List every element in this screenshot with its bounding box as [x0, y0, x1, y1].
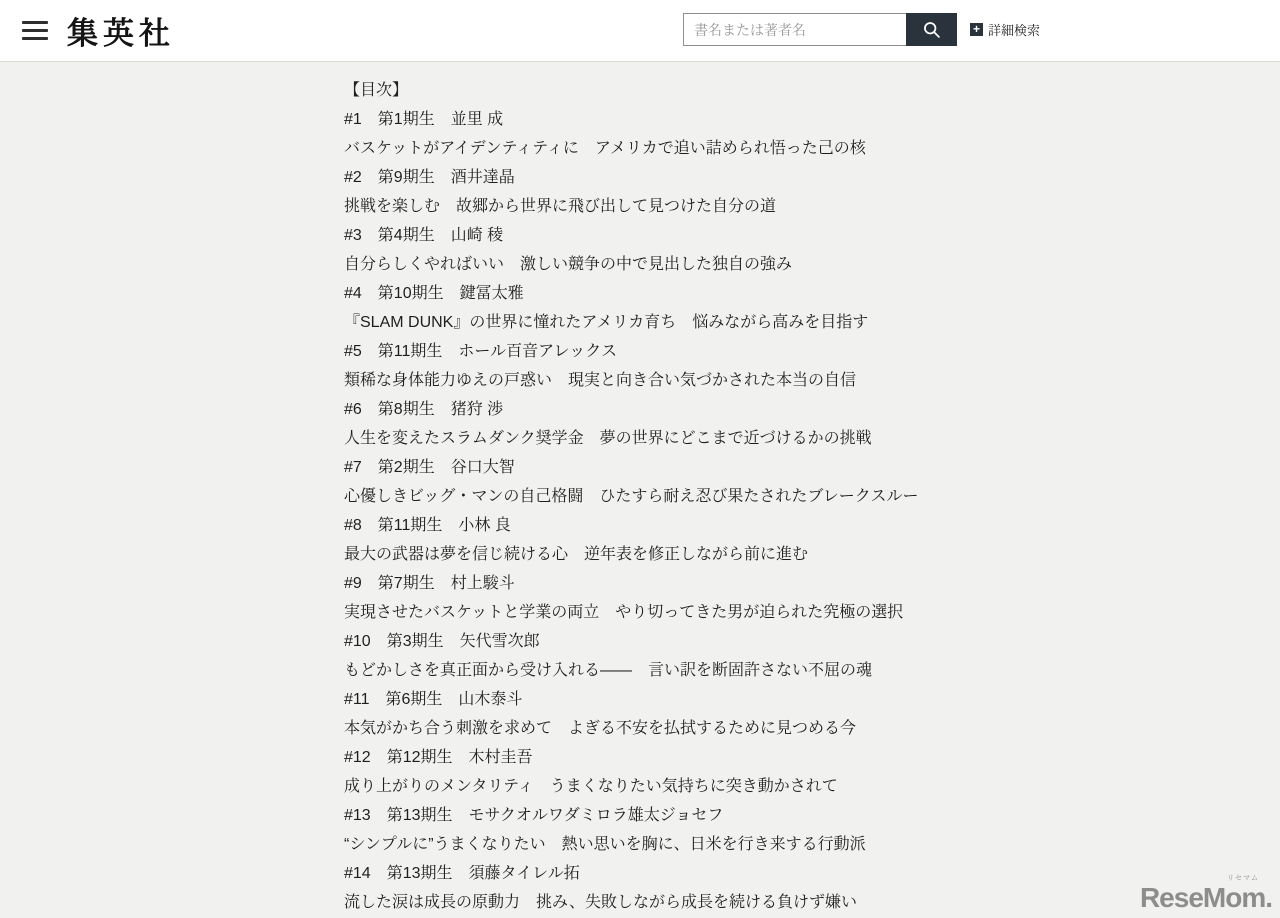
toc-entry-heading: #5 第11期生 ホール百音アレックス: [344, 337, 1280, 366]
toc-entry-description: 実現させたバスケットと学業の両立 やり切ってきた男が迫られた究極の選択: [344, 598, 1280, 627]
toc-entry-description: 心優しきビッグ・マンの自己格闘 ひたすら耐え忍び果たされたブレークスルー: [344, 482, 1280, 511]
toc-entry-description: 本気がかち合う刺激を求めて よぎる不安を払拭するために見つめる今: [344, 714, 1280, 743]
toc-entry: #9 第7期生 村上駿斗 実現させたバスケットと学業の両立 やり切ってきた男が迫…: [344, 569, 1280, 627]
search-group: + 詳細検索: [683, 13, 1040, 46]
toc-entry-heading: #7 第2期生 谷口大智: [344, 453, 1280, 482]
toc-entry: #1 第1期生 並里 成 バスケットがアイデンティティに アメリカで追い詰められ…: [344, 105, 1280, 163]
toc-entry-heading: #12 第12期生 木村圭吾: [344, 743, 1280, 772]
toc-entry-heading: #6 第8期生 猪狩 渉: [344, 395, 1280, 424]
toc-entry: #12 第12期生 木村圭吾 成り上がりのメンタリティ うまくなりたい気持ちに突…: [344, 743, 1280, 801]
toc-list: #1 第1期生 並里 成 バスケットがアイデンティティに アメリカで追い詰められ…: [344, 105, 1280, 917]
toc-entry: #6 第8期生 猪狩 渉 人生を変えたスラムダンク奨学金 夢の世界にどこまで近づ…: [344, 395, 1280, 453]
toc-entry-heading: #3 第4期生 山崎 稜: [344, 221, 1280, 250]
toc-entry: #8 第11期生 小林 良 最大の武器は夢を信じ続ける心 逆年表を修正しながら前…: [344, 511, 1280, 569]
toc-entry-description: 自分らしくやればいい 激しい競争の中で見出した独自の強み: [344, 250, 1280, 279]
toc-entry: #2 第9期生 酒井達晶 挑戦を楽しむ 故郷から世界に飛び出して見つけた自分の道: [344, 163, 1280, 221]
search-input[interactable]: [683, 13, 906, 46]
toc-entry-heading: #8 第11期生 小林 良: [344, 511, 1280, 540]
hamburger-icon: [22, 21, 48, 24]
main-content: 【目次】 #1 第1期生 並里 成 バスケットがアイデンティティに アメリカで追…: [0, 62, 1280, 918]
magnifier-icon: [921, 19, 942, 40]
toc-entry-description: 最大の武器は夢を信じ続ける心 逆年表を修正しながら前に進む: [344, 540, 1280, 569]
toc-entry-description: 成り上がりのメンタリティ うまくなりたい気持ちに突き動かされて: [344, 772, 1280, 801]
toc-entry-description: 人生を変えたスラムダンク奨学金 夢の世界にどこまで近づけるかの挑戦: [344, 424, 1280, 453]
toc-entry: #5 第11期生 ホール百音アレックス 類稀な身体能力ゆえの戸惑い 現実と向き合…: [344, 337, 1280, 395]
header: 集英社 + 詳細検索: [0, 0, 1280, 62]
plus-icon: +: [970, 23, 983, 36]
menu-button[interactable]: [22, 21, 48, 40]
resemom-ruby-label: リセマム: [1227, 873, 1259, 883]
toc-entry-heading: #11 第6期生 山木泰斗: [344, 685, 1280, 714]
toc-entry: #11 第6期生 山木泰斗 本気がかち合う刺激を求めて よぎる不安を払拭するため…: [344, 685, 1280, 743]
toc-entry: #4 第10期生 鍵冨太雅 『SLAM DUNK』の世界に憧れたアメリカ育ち 悩…: [344, 279, 1280, 337]
toc-entry-heading: #10 第3期生 矢代雪次郎: [344, 627, 1280, 656]
toc-entry-description: 挑戦を楽しむ 故郷から世界に飛び出して見つけた自分の道: [344, 192, 1280, 221]
toc-entry: #10 第3期生 矢代雪次郎 もどかしさを真正面から受け入れる―― 言い訳を断固…: [344, 627, 1280, 685]
toc-entry-heading: #13 第13期生 モサクオルワダミロラ雄太ジョセフ: [344, 801, 1280, 830]
hamburger-icon: [22, 37, 48, 40]
advanced-search-link[interactable]: + 詳細検索: [970, 20, 1040, 39]
resemom-logo-text: ReseMom.: [1140, 882, 1272, 913]
toc-entry-heading: #9 第7期生 村上駿斗: [344, 569, 1280, 598]
toc-entry-heading: #2 第9期生 酒井達晶: [344, 163, 1280, 192]
toc-entry: #7 第2期生 谷口大智 心優しきビッグ・マンの自己格闘 ひたすら耐え忍び果たさ…: [344, 453, 1280, 511]
resemom-watermark: リセマム ReseMom.: [1140, 873, 1272, 914]
hamburger-icon: [22, 29, 48, 32]
search-button[interactable]: [906, 13, 957, 46]
toc-entry-description: “シンプルに”うまくなりたい 熱い思いを胸に、日米を行き来する行動派: [344, 830, 1280, 859]
toc-entry-description: もどかしさを真正面から受け入れる―― 言い訳を断固許さない不屈の魂: [344, 656, 1280, 685]
toc-entry: #13 第13期生 モサクオルワダミロラ雄太ジョセフ “シンプルに”うまくなりた…: [344, 801, 1280, 859]
toc-title: 【目次】: [344, 76, 1280, 105]
toc-entry: #3 第4期生 山崎 稜 自分らしくやればいい 激しい競争の中で見出した独自の強…: [344, 221, 1280, 279]
toc-entry-heading: #1 第1期生 並里 成: [344, 105, 1280, 134]
toc-entry-description: 『SLAM DUNK』の世界に憧れたアメリカ育ち 悩みながら高みを目指す: [344, 308, 1280, 337]
toc-entry-description: 類稀な身体能力ゆえの戸惑い 現実と向き合い気づかされた本当の自信: [344, 366, 1280, 395]
advanced-search-label: 詳細検索: [988, 20, 1040, 39]
toc-entry-heading: #4 第10期生 鍵冨太雅: [344, 279, 1280, 308]
logo-shueisha[interactable]: 集英社: [67, 8, 175, 53]
toc-entry-description: バスケットがアイデンティティに アメリカで追い詰められ悟った己の核: [344, 134, 1280, 163]
